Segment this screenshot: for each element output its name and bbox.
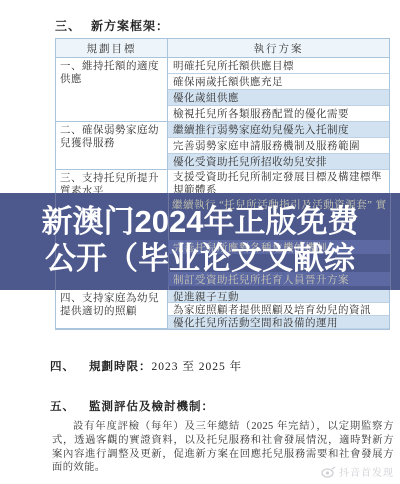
section3-title: 新方案框架： <box>91 19 169 33</box>
plan-row: 優化歲組供應 <box>168 90 389 106</box>
table-header-plan: 執行方案 <box>168 39 389 58</box>
table-group-2: 二、確保弱勢家庭幼兒獲得服務繼續推行弱勢家庭幼兒優先入托制度完善弱勢家庭申請服務… <box>56 122 389 170</box>
goal-cell: 二、確保弱勢家庭幼兒獲得服務 <box>56 122 168 170</box>
plan-row: 明確托兒所托額供應目標 <box>168 58 389 74</box>
plan-row: 為家庭照顧者提供照顧及培育幼兒的資訊 <box>168 303 389 316</box>
promo-text-line1: 新澳门2024年正版免费 <box>0 205 400 238</box>
table-header-row: 規劃目標 執行方案 <box>56 39 389 58</box>
section4-label: 規劃時限： <box>89 361 152 373</box>
section5-label: 監測評估及檢討機制： <box>89 401 214 413</box>
table-group-1: 一、維持托額的適度供應明確托兒所托額供應目標確保兩歲托額供應充足優化歲組供應檢視… <box>56 58 389 122</box>
section3-heading: 三、新方案框架： <box>55 17 169 34</box>
promo-overlay-band: 繼續執行 “托兒所活動指引及活動資源套” 實 完善托兒所應對各種危機的機制 制訂… <box>0 193 400 290</box>
section3-number: 三、 <box>55 19 81 33</box>
table-group-4: 四、支持家庭為幼兒提供適切的照顧促進親子互動為家庭照顧者提供照顧及培育幼兒的資訊… <box>56 290 389 329</box>
watermark-text: 抖音首发现 <box>339 464 394 479</box>
plan-row: 檢視托兒所各類服務配置的優化需要 <box>168 106 389 122</box>
section5-line: 五、監測評估及檢討機制： <box>50 398 214 414</box>
plan-row: 優化受資助托兒所招收幼兒安排 <box>168 154 389 170</box>
table-header-goal: 規劃目標 <box>56 39 168 58</box>
plan-row: 確保兩歲托額供應充足 <box>168 74 389 90</box>
goal-cell: 一、維持托額的適度供應 <box>56 58 168 122</box>
section4-number: 四、 <box>50 361 75 373</box>
promo-text-line2: 公开（毕业论文文献综 <box>0 242 400 275</box>
plan-row: 促進親子互動 <box>168 290 389 303</box>
document-page: { "colors": { "table_border": "#a9c5dd",… <box>0 0 400 484</box>
section4-line: 四、規劃時限：2023 至 2025 年 <box>50 358 242 374</box>
plan-row: 優化托兒所活動空間和設備的運用 <box>168 316 389 329</box>
plan-row: 完善弱勢家庭申請服務機制及服務範圍 <box>168 138 389 154</box>
goal-cell: 四、支持家庭為幼兒提供適切的照顧 <box>56 290 168 329</box>
watermark-eye-icon <box>321 466 336 478</box>
section4-value: 2023 至 2025 年 <box>152 361 243 373</box>
plan-row: 繼續推行弱勢家庭幼兒優先入托制度 <box>168 122 389 138</box>
section5-number: 五、 <box>50 401 75 413</box>
watermark: 抖音首发现 <box>321 464 394 479</box>
